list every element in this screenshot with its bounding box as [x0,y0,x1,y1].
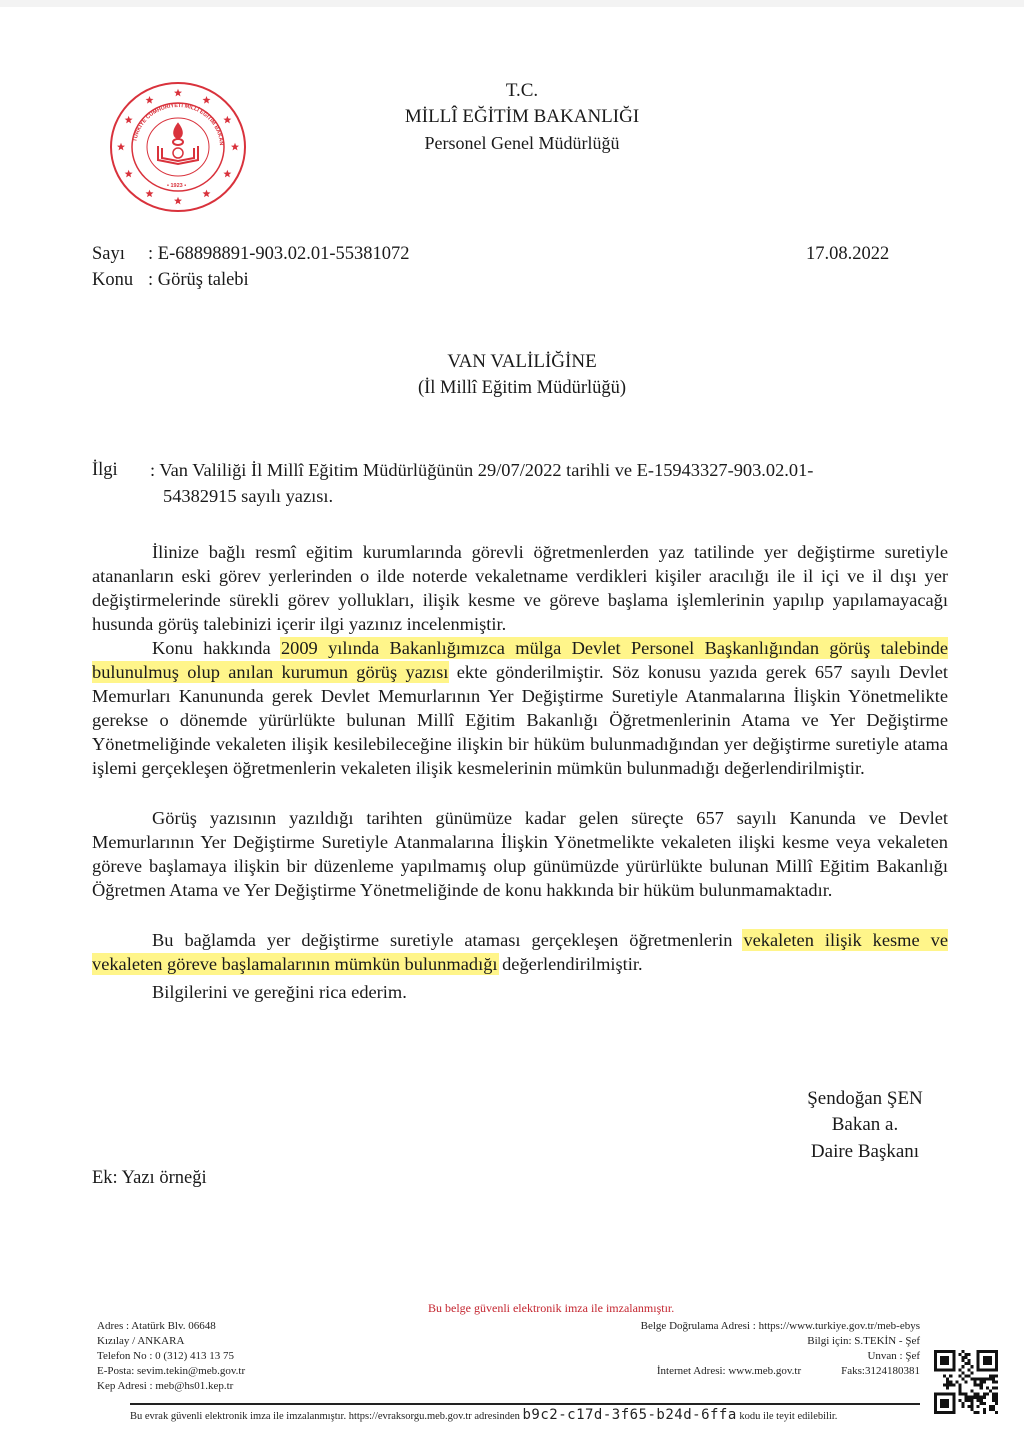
header-tc: T.C. [330,80,714,102]
verification-line: Bu evrak güvenli elektronik imza ile imz… [130,1407,930,1423]
esign-notice: Bu belge güvenli elektronik imza ile imz… [428,1301,674,1316]
ilgi-line2: 54382915 sayılı yazısı. [163,486,333,507]
recipient-title: VAN VALİLİĞİNE [300,351,744,373]
konu-value: : Görüş talebi [148,270,249,290]
footer-phone: Telefon No : 0 (312) 413 13 75 [97,1349,245,1364]
attachment-note: Ek: Yazı örneği [92,1168,207,1189]
p4-post: değerlendirilmiştir. [498,954,643,974]
footer-title: Unvan : Şef [520,1349,920,1364]
footer-info: Bilgi için: S.TEKİN - Şef [520,1334,920,1349]
ministry-seal-icon: TÜRKİYE CUMHURİYETİ MİLLÎ EĞİTİM BAKANLI… [108,80,248,214]
footer-fax: Faks:3124180381 [841,1365,920,1377]
footer-left: Adres : Atatürk Blv. 06648 Kızılay / ANK… [97,1319,245,1394]
p2-pre: Konu hakkında [152,638,281,658]
body-paragraph-1: İlinize bağlı resmî eğitim kurumlarında … [92,540,948,636]
footer-address-1: Adres : Atatürk Blv. 06648 [97,1319,245,1334]
verification-post: kodu ile teyit edilebilir. [737,1411,838,1422]
body-paragraph-3: Görüş yazısının yazıldığı tarihten günüm… [92,806,948,902]
footer-internet: İnternet Adresi: www.meb.gov.tr [657,1365,801,1377]
svg-text:• 1923 •: • 1923 • [167,183,186,189]
footer-divider [130,1403,920,1405]
footer-address-2: Kızılay / ANKARA [97,1334,245,1349]
header-department: Personel Genel Müdürlüğü [330,133,714,154]
p4-pre: Bu bağlamda yer değiştirme suretiyle ata… [152,930,743,950]
ilgi-line1: : Van Valiliği İl Millî Eğitim Müdürlüğü… [150,460,950,481]
footer-email: E-Posta: sevim.tekin@meb.gov.tr [97,1364,245,1379]
body-paragraph-4: Bu bağlamda yer değiştirme suretiyle ata… [92,928,948,976]
verification-pre: Bu evrak güvenli elektronik imza ile imz… [130,1411,523,1422]
header-ministry: MİLLÎ EĞİTİM BAKANLIĞI [330,106,714,128]
sayi-value: : E-68898891-903.02.01-55381072 [148,244,410,264]
footer-verify-url: Belge Doğrulama Adresi : https://www.tur… [520,1319,920,1334]
document-date: 17.08.2022 [806,244,889,265]
konu-row: Konu: Görüş talebi [92,270,249,291]
konu-label: Konu [92,270,148,291]
signatory-name: Şendoğan ŞEN [790,1086,940,1113]
body-paragraph-5: Bilgilerini ve gereğini rica ederim. [92,980,948,1004]
signatory-role-1: Bakan a. [790,1112,940,1139]
body-paragraph-2: Konu hakkında 2009 yılında Bakanlığımızc… [92,636,948,780]
recipient-subtitle: (İl Millî Eğitim Müdürlüğü) [300,378,744,399]
sayi-label: Sayı [92,244,148,265]
signatory-role-2: Daire Başkanı [790,1139,940,1166]
sayi-row: Sayı: E-68898891-903.02.01-55381072 [92,244,410,265]
footer-right: Belge Doğrulama Adresi : https://www.tur… [520,1319,920,1379]
verification-code: b9c2-c17d-3f65-b24d-6ffa [523,1407,737,1423]
qr-code-icon [934,1350,998,1414]
viewer-top-bar [0,0,1024,7]
footer-kep: Kep Adresi : meb@hs01.kep.tr [97,1379,245,1394]
